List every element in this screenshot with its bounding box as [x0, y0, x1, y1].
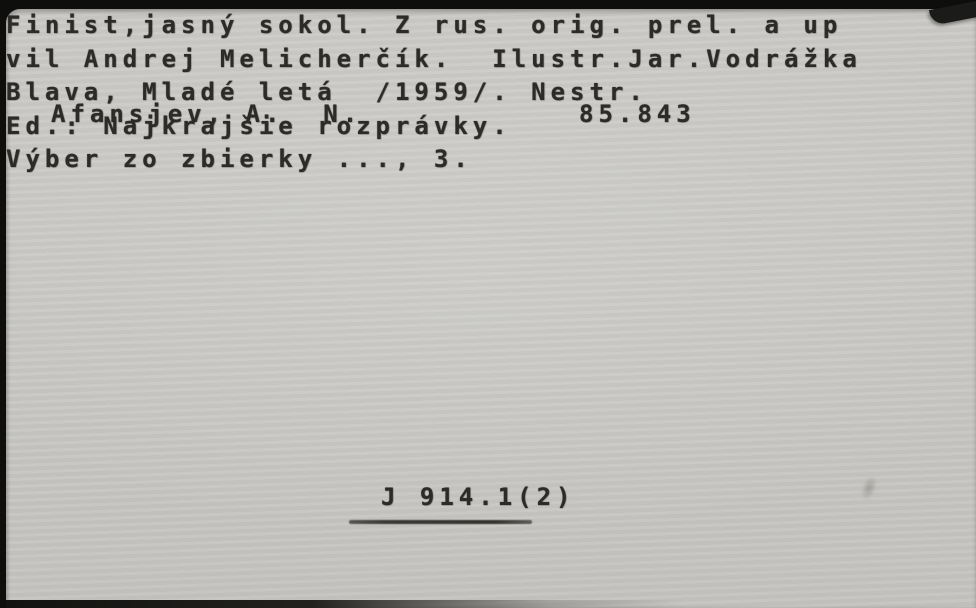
- description-line: Finist,jasný sokol. Z rus. orig. prel. a…: [6, 9, 976, 43]
- bibliographic-description: Finist,jasný sokol. Z rus. orig. prel. a…: [6, 9, 976, 177]
- description-line: Blava, Mladé letá /1959/. Nestr.: [6, 76, 976, 110]
- pencil-smudge: [858, 473, 880, 502]
- description-line: vil Andrej Melicherčík. Ilustr.Jar.Vodrá…: [6, 43, 976, 77]
- call-number-underline: [349, 520, 532, 524]
- call-number: J 914.1(2): [381, 481, 576, 515]
- scan-edge-bottom: [6, 600, 685, 608]
- description-line: Ed.: Najkrajšie rozprávky.: [6, 110, 976, 144]
- catalog-card: Afansjev, A. N. 85.843 Finist,jasný soko…: [6, 9, 976, 608]
- description-line: Výber zo zbierky ..., 3.: [6, 143, 976, 177]
- scanned-catalog-card-page: { "card": { "header": { "author": "Afans…: [0, 0, 976, 608]
